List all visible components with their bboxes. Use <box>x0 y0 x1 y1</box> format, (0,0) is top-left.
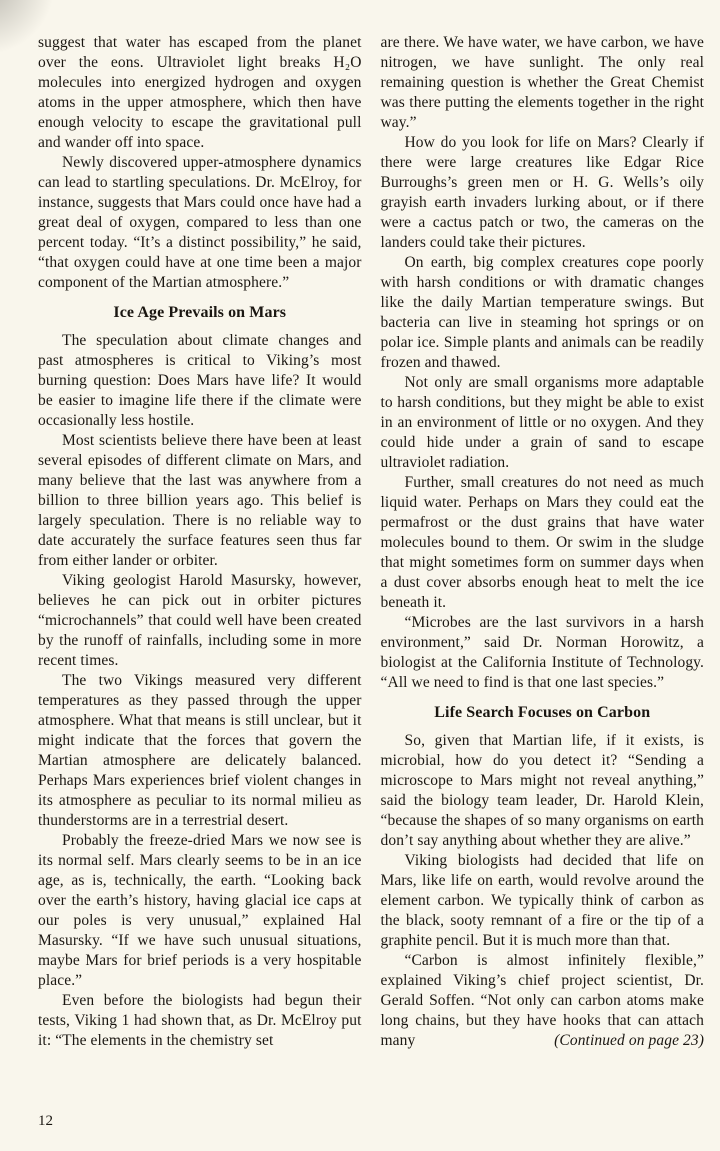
body-paragraph: Newly discovered upper-atmosphere dynami… <box>38 153 362 293</box>
body-paragraph: Most scientists believe there have been … <box>38 431 362 571</box>
two-column-text-area: suggest that water has escaped from the … <box>0 0 720 1051</box>
body-paragraph: Viking geologist Harold Masursky, howeve… <box>38 571 362 671</box>
body-paragraph: The two Vikings measured very different … <box>38 671 362 831</box>
body-paragraph: Viking biologists had decided that life … <box>381 851 705 951</box>
magazine-page: suggest that water has escaped from the … <box>0 0 720 1151</box>
body-paragraph: Even before the biologists had begun the… <box>38 991 362 1051</box>
body-paragraph: Not only are small organisms more adapta… <box>381 373 705 473</box>
right-column: are there. We have water, we have carbon… <box>381 33 705 1051</box>
body-paragraph: How do you look for life on Mars? Clearl… <box>381 133 705 253</box>
body-paragraph: The speculation about climate changes an… <box>38 331 362 431</box>
body-paragraph: Probably the freeze-dried Mars we now se… <box>38 831 362 991</box>
body-paragraph: So, given that Martian life, if it exist… <box>381 731 705 851</box>
body-paragraph: On earth, big complex creatures cope poo… <box>381 253 705 373</box>
body-paragraph: “Microbes are the last survivors in a ha… <box>381 613 705 693</box>
body-paragraph: suggest that water has escaped from the … <box>38 33 362 153</box>
body-paragraph: Further, small creatures do not need as … <box>381 473 705 613</box>
section-heading-ice-age: Ice Age Prevails on Mars <box>38 303 362 323</box>
section-heading-life-search: Life Search Focuses on Carbon <box>381 703 705 723</box>
body-paragraph: are there. We have water, we have carbon… <box>381 33 705 133</box>
continuation-note: (Continued on page 23) <box>530 1031 704 1051</box>
body-paragraph: “Carbon is almost infinitely flexible,” … <box>381 951 705 1051</box>
left-column: suggest that water has escaped from the … <box>38 33 362 1051</box>
page-number: 12 <box>38 1113 53 1130</box>
